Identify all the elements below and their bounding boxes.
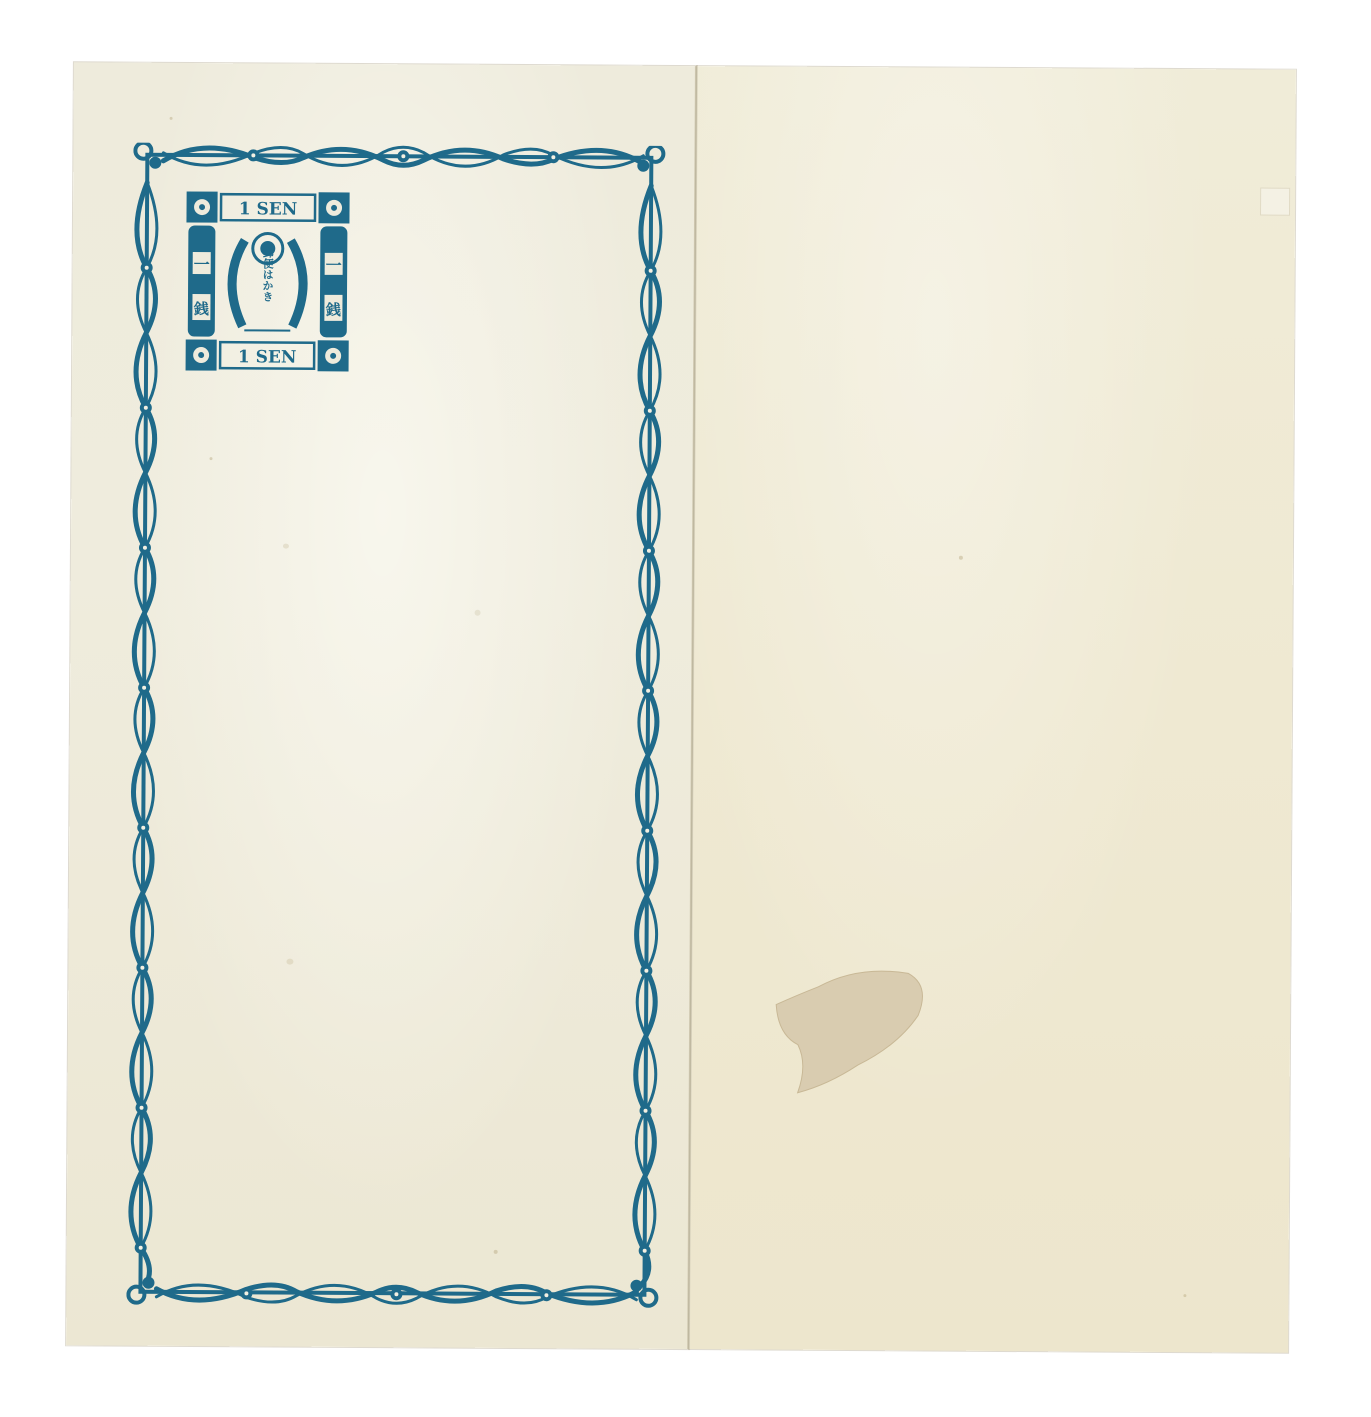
stamp-center-text: 郵便はかき	[261, 246, 274, 302]
stamp-left-unit: 銭	[193, 300, 210, 318]
stamp-bottom-label: 1 SEN	[238, 347, 297, 367]
stamp-left-numeral: 一	[194, 255, 210, 274]
stamp-top-label: 1 SEN	[239, 199, 298, 219]
stamp-right-unit: 銭	[325, 301, 342, 319]
hinge-mark	[1260, 188, 1290, 216]
card-back-panel	[689, 66, 1296, 1353]
paper-tear	[768, 965, 929, 1096]
postal-card: 1 SEN 1 SEN 一 銭 一 銭 郵便はかき	[66, 62, 1296, 1352]
paper-speck	[170, 117, 173, 120]
paper-speck	[959, 556, 963, 560]
paper-speck	[1183, 1294, 1186, 1297]
imprinted-stamp: 1 SEN 1 SEN 一 銭 一 銭 郵便はかき	[184, 190, 351, 373]
stamp-right-numeral: 一	[326, 256, 342, 275]
